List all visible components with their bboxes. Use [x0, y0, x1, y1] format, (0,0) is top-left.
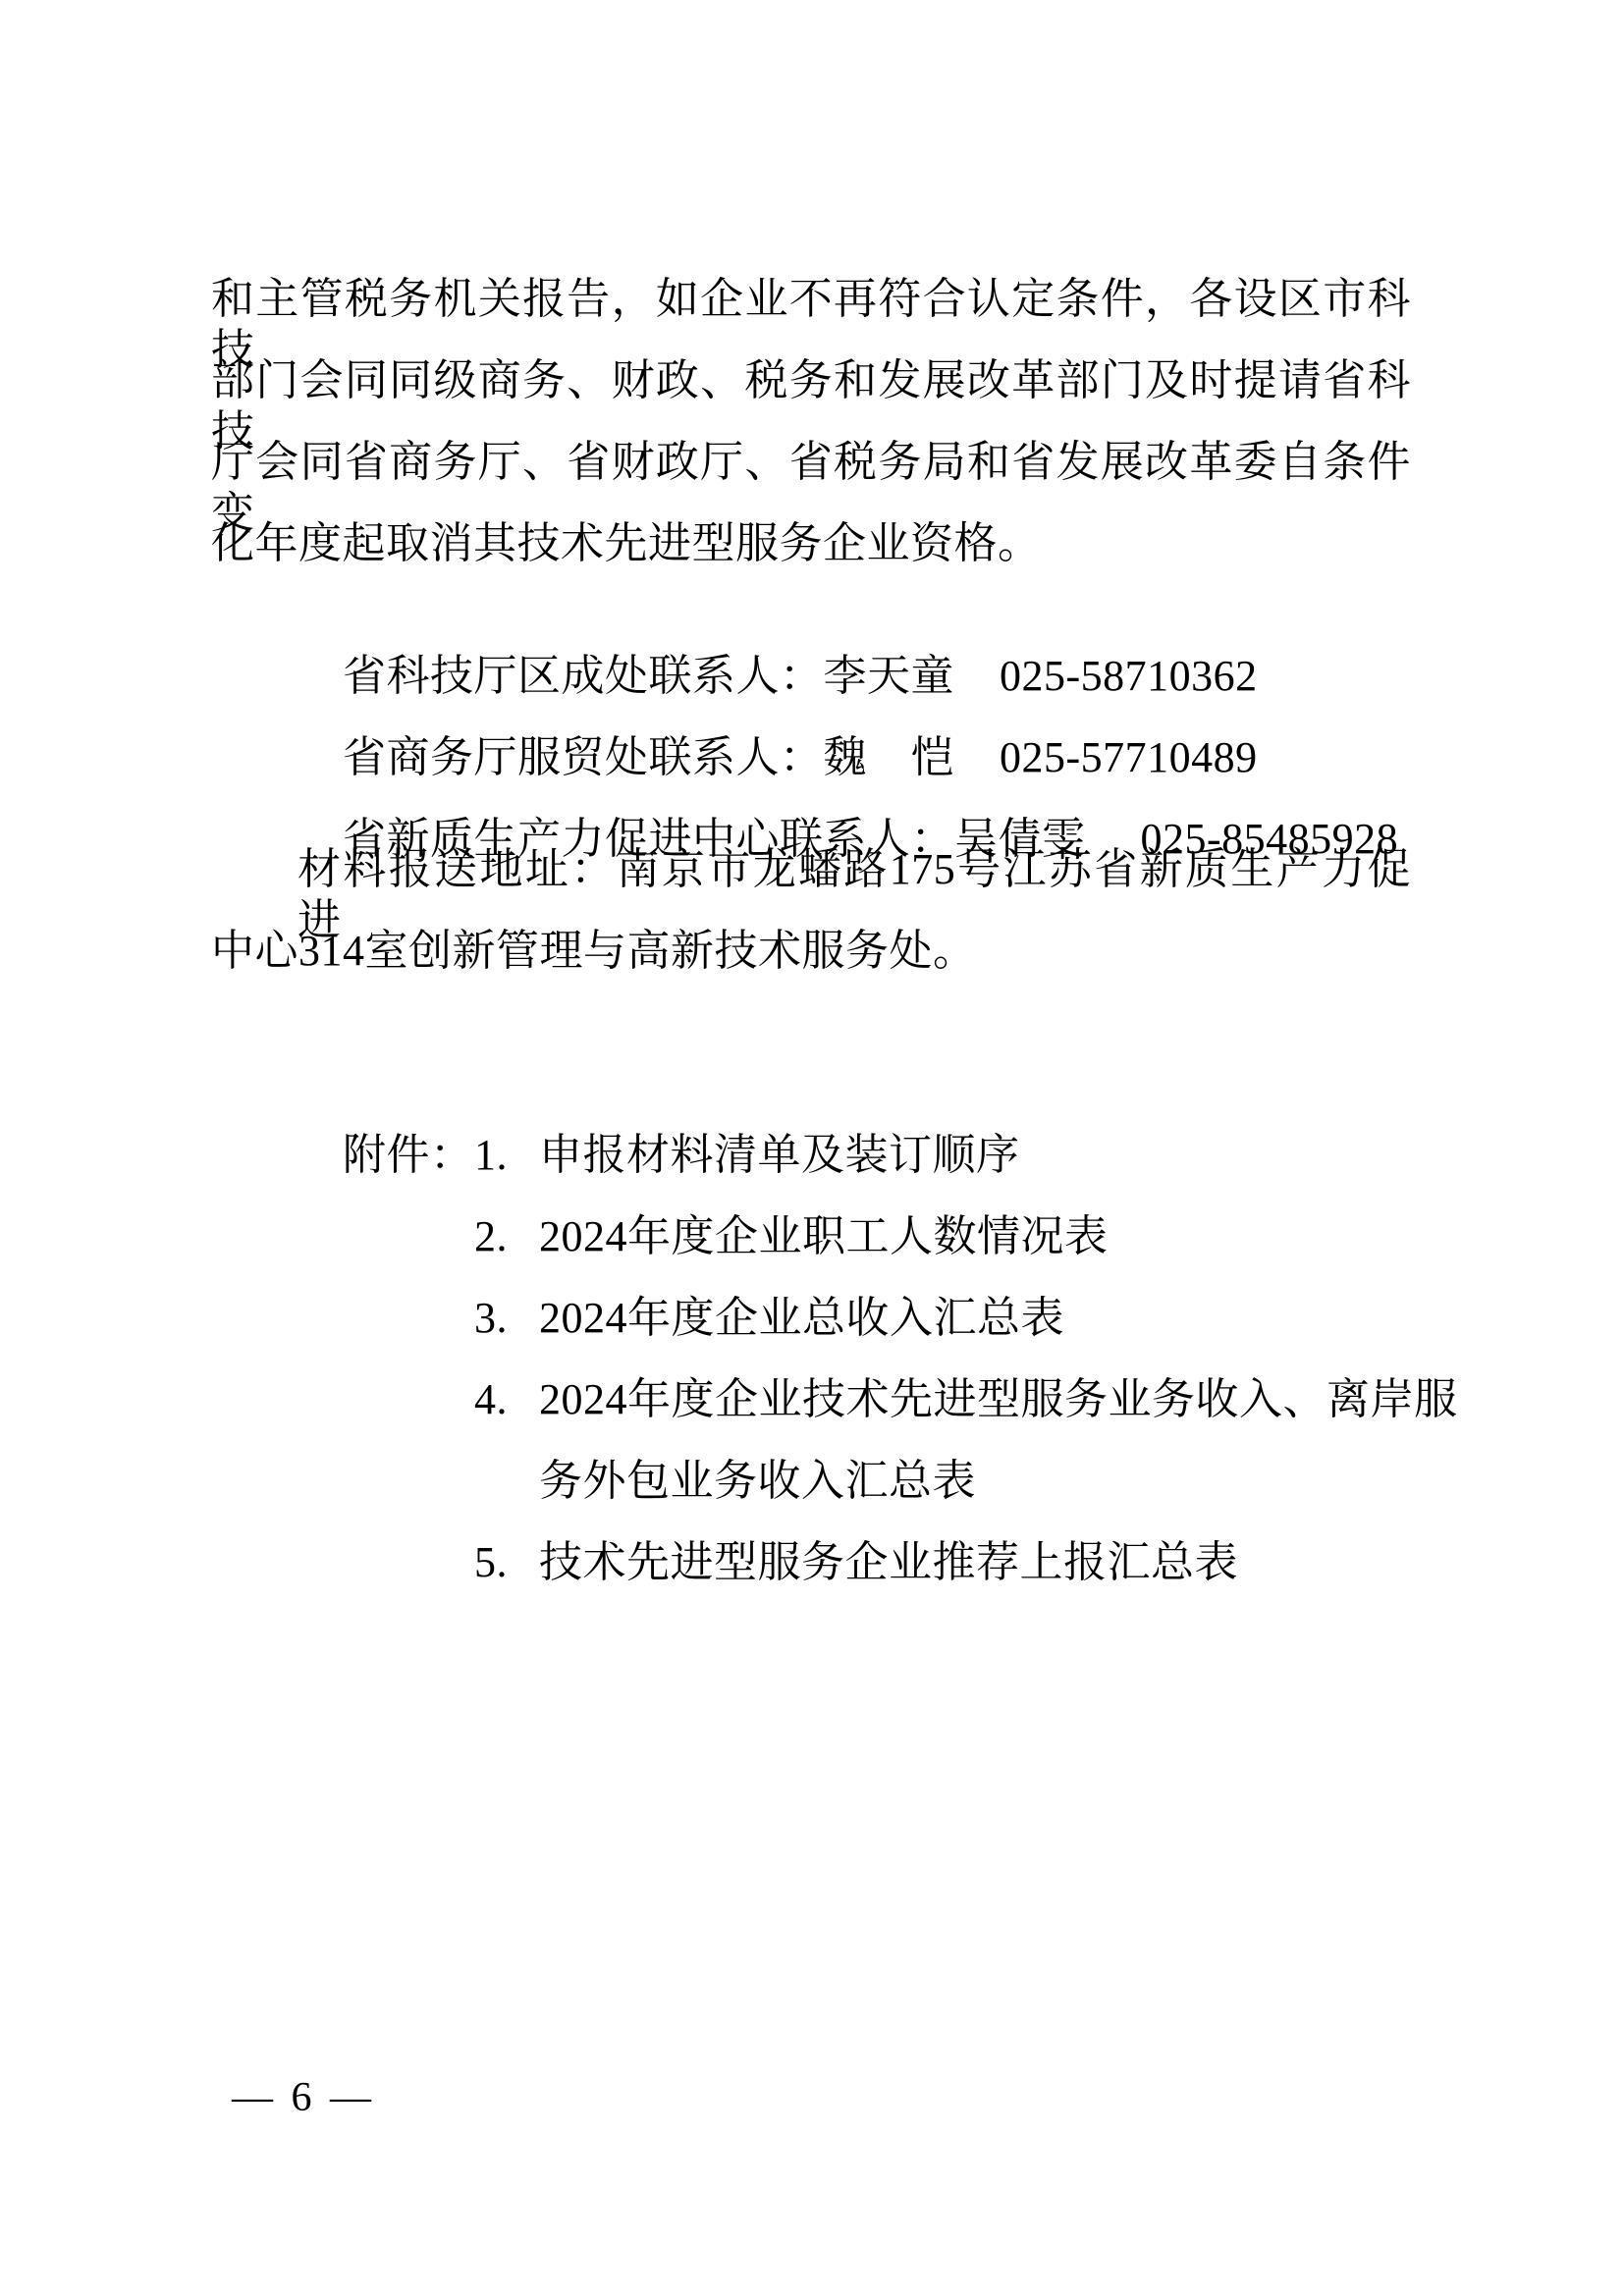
- attachment-title: 技术先进型服务企业推荐上报汇总表: [539, 1538, 1238, 1586]
- attachment-number: 5.: [474, 1537, 539, 1588]
- page-number: — 6 —: [232, 2073, 375, 2122]
- document-page: 和主管税务机关报告，如企业不再符合认定条件，各设区市科技 部门会同同级商务、财政…: [0, 0, 1624, 2296]
- paragraph-line: 化年度起取消其技术先进型服务企业资格。: [211, 518, 1042, 569]
- address-line: 中心314室创新管理与高新技术服务处。: [211, 926, 977, 977]
- attachment-item: 5.技术先进型服务企业推荐上报汇总表: [429, 1486, 1238, 1639]
